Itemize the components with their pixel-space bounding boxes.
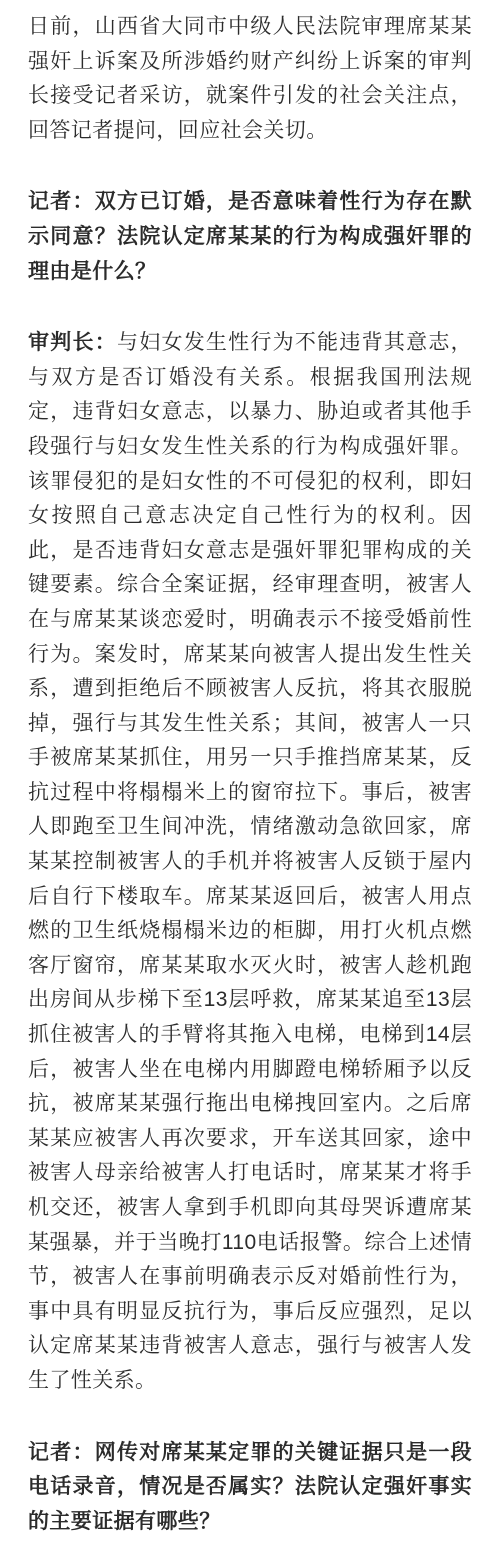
interview-article: 日前，山西省大同市中级人民法院审理席某某强奸上诉案及所涉婚约财产纠纷上诉案的审判…: [0, 0, 500, 1563]
intro-paragraph: 日前，山西省大同市中级人民法院审理席某某强奸上诉案及所涉婚约财产纠纷上诉案的审判…: [28, 10, 472, 148]
speaker-label: 审判长：: [28, 331, 117, 354]
judge-answer-paragraph: 审判长：与妇女发生性行为不能违背其意志，与双方是否订婚没有关系。根据我国刑法规定…: [28, 326, 472, 1398]
reporter-question-2: 记者：网传对席某某定罪的关键证据只是一段电话录音，情况是否属实？法院认定强奸事实…: [28, 1436, 472, 1540]
reporter-question-1: 记者：双方已订婚，是否意味着性行为存在默示同意？法院认定席某某的行为构成强奸罪的…: [28, 185, 472, 289]
judge-answer-text: 与妇女发生性行为不能违背其意志，与双方是否订婚没有关系。根据我国刑法规定，违背妇…: [28, 331, 472, 1392]
